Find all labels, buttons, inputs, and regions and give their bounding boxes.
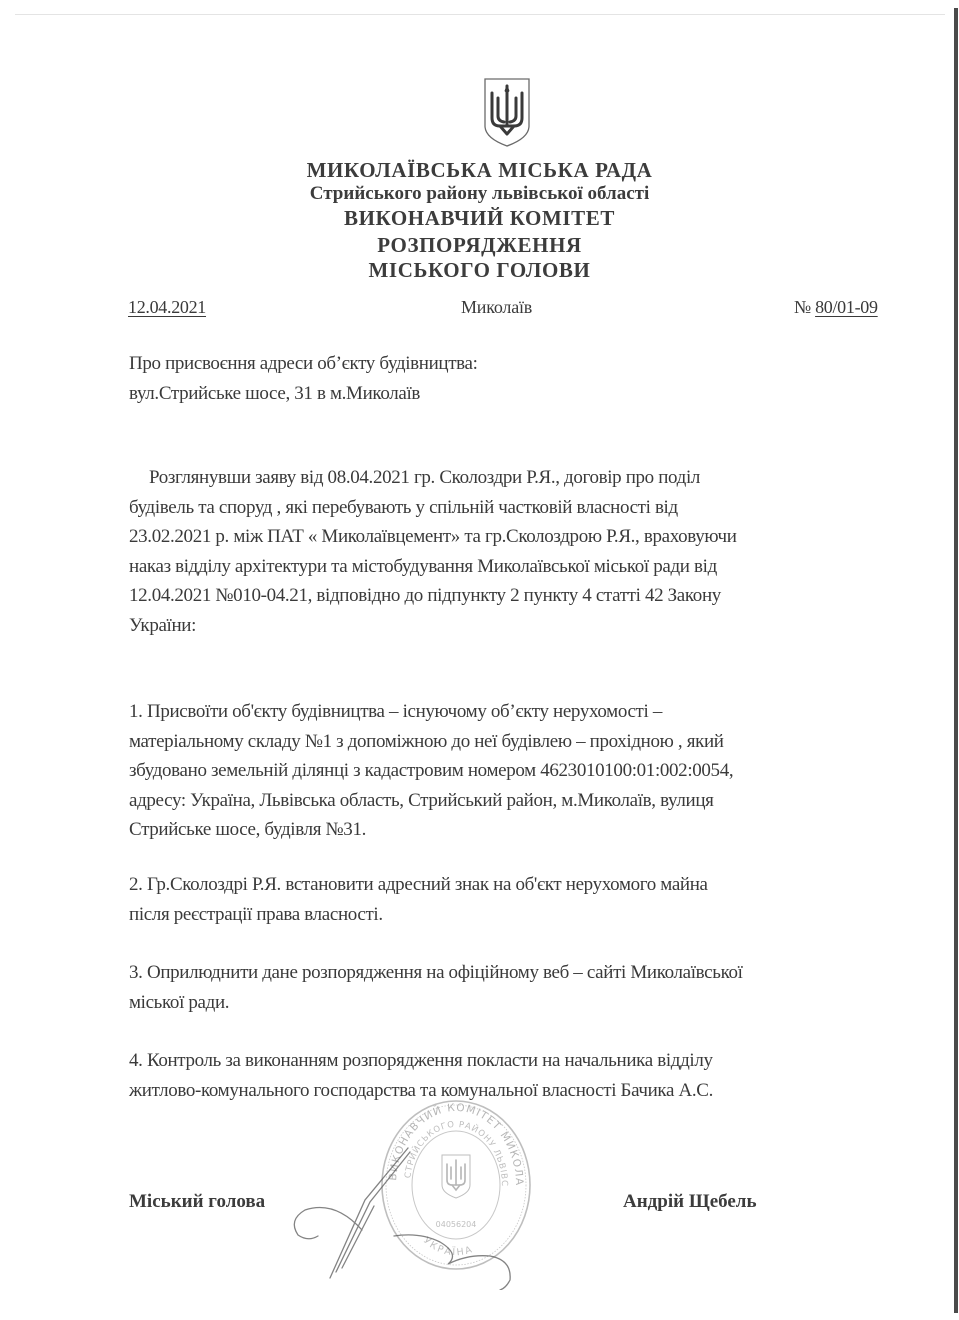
- item-line: 2. Гр.Сколоздрі Р.Я. встановити адресний…: [129, 870, 708, 900]
- item-line: після реєстрації права власності.: [129, 900, 708, 930]
- item-line: 1. Присвоїти об'єкту будівництва – існую…: [129, 697, 733, 727]
- item-line: 4. Контроль за виконанням розпорядження …: [129, 1046, 713, 1076]
- preamble-line: 23.02.2021 р. між ПАТ « Миколаївцемент» …: [129, 522, 737, 552]
- preamble-line: наказ відділу архітектури та містобудува…: [129, 552, 737, 582]
- preamble-line: будівель та споруд , які перебувають у с…: [129, 493, 737, 523]
- preamble-line: України:: [129, 611, 737, 641]
- signature-icon: [290, 1140, 580, 1290]
- number-prefix: №: [794, 297, 815, 317]
- item-line: адресу: Україна, Львівська область, Стри…: [129, 786, 733, 816]
- scan-artifact-line: [15, 14, 945, 15]
- item-line: міської ради.: [129, 988, 743, 1018]
- number-value: 80/01-09: [815, 297, 878, 317]
- preamble-line: 12.04.2021 №010-04.21, відповідно до під…: [129, 581, 737, 611]
- document-preamble: Розглянувши заяву від 08.04.2021 гр. Ско…: [129, 463, 737, 640]
- item-line: Стрийське шосе, будівля №31.: [129, 815, 733, 845]
- document-issuer: МІСЬКОГО ГОЛОВИ: [0, 258, 959, 283]
- item-line: 3. Оприлюднити дане розпорядження на офі…: [129, 958, 743, 988]
- item-line: матеріальному складу №1 з допоміжною до …: [129, 727, 733, 757]
- order-item-2: 2. Гр.Сколоздрі Р.Я. встановити адресний…: [129, 870, 708, 929]
- subject-line: Про присвоєння адреси об’єкту будівництв…: [129, 349, 478, 379]
- item-line: збудовано земельній ділянці з кадастрови…: [129, 756, 733, 786]
- document-subject: Про присвоєння адреси об’єкту будівництв…: [129, 349, 478, 409]
- document-type: РОЗПОРЯДЖЕННЯ: [0, 233, 959, 258]
- document-number: № 80/01-09: [794, 297, 878, 318]
- district-name: Стрийського району львівської області: [0, 183, 959, 205]
- order-item-3: 3. Оприлюднити дане розпорядження на офі…: [129, 958, 743, 1017]
- document-city: Миколаїв: [461, 297, 532, 318]
- signatory-name: Андрій Щебель: [623, 1191, 757, 1213]
- signatory-title: Міський голова: [129, 1191, 265, 1213]
- coat-of-arms-icon: [482, 76, 532, 148]
- preamble-line: Розглянувши заяву від 08.04.2021 гр. Ско…: [129, 463, 737, 493]
- order-item-1: 1. Присвоїти об'єкту будівництва – існую…: [129, 697, 733, 845]
- council-name: МИКОЛАЇВСЬКА МІСЬКА РАДА: [0, 158, 959, 183]
- subject-line: вул.Стрийське шосе, 31 в м.Миколаїв: [129, 379, 478, 409]
- document-date: 12.04.2021: [128, 297, 206, 318]
- committee-name: ВИКОНАВЧИЙ КОМІТЕТ: [0, 206, 959, 231]
